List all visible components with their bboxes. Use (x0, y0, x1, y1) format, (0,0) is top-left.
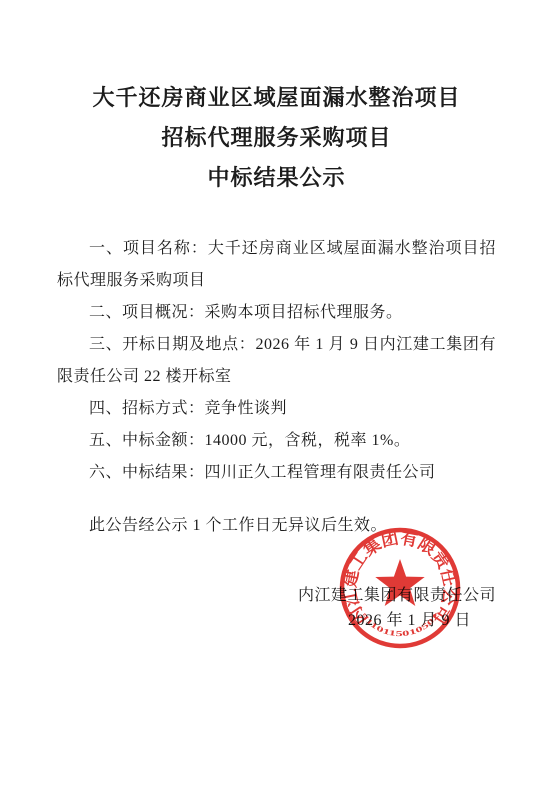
document-body: 一、项目名称：大千还房商业区域屋面漏水整治项目招标代理服务采购项目 二、项目概况… (57, 233, 496, 542)
signature-date: 2026 年 1 月 9 日 (57, 608, 496, 633)
paragraph-project-overview: 二、项目概况：采购本项目招标代理服务。 (57, 297, 496, 329)
paragraph-bid-result: 六、中标结果：四川正久工程管理有限责任公司 (57, 457, 496, 489)
document-content: 大千还房商业区域屋面漏水整治项目 招标代理服务采购项目 中标结果公示 一、项目名… (57, 0, 496, 633)
document-title: 大千还房商业区域屋面漏水整治项目 招标代理服务采购项目 中标结果公示 (57, 78, 496, 198)
paragraph-bid-opening: 三、开标日期及地点：2026 年 1 月 9 日内江建工集团有限责任公司 22 … (57, 329, 496, 393)
announcement-page: 大千还房商业区域屋面漏水整治项目 招标代理服务采购项目 中标结果公示 一、项目名… (0, 0, 553, 786)
effective-note: 此公告经公示 1 个工作日无异议后生效。 (57, 510, 496, 542)
signature-company: 内江建工集团有限责任公司 (57, 583, 496, 608)
title-line-2: 招标代理服务采购项目 (57, 118, 496, 158)
signature-block: 内江建工集团有限责任公司 2026 年 1 月 9 日 (57, 583, 496, 633)
paragraph-project-name: 一、项目名称：大千还房商业区域屋面漏水整治项目招标代理服务采购项目 (57, 233, 496, 297)
title-line-1: 大千还房商业区域屋面漏水整治项目 (57, 78, 496, 118)
paragraph-bid-amount: 五、中标金额：14000 元，含税，税率 1%。 (57, 425, 496, 457)
paragraph-bid-method: 四、招标方式：竞争性谈判 (57, 393, 496, 425)
title-line-3: 中标结果公示 (57, 158, 496, 198)
